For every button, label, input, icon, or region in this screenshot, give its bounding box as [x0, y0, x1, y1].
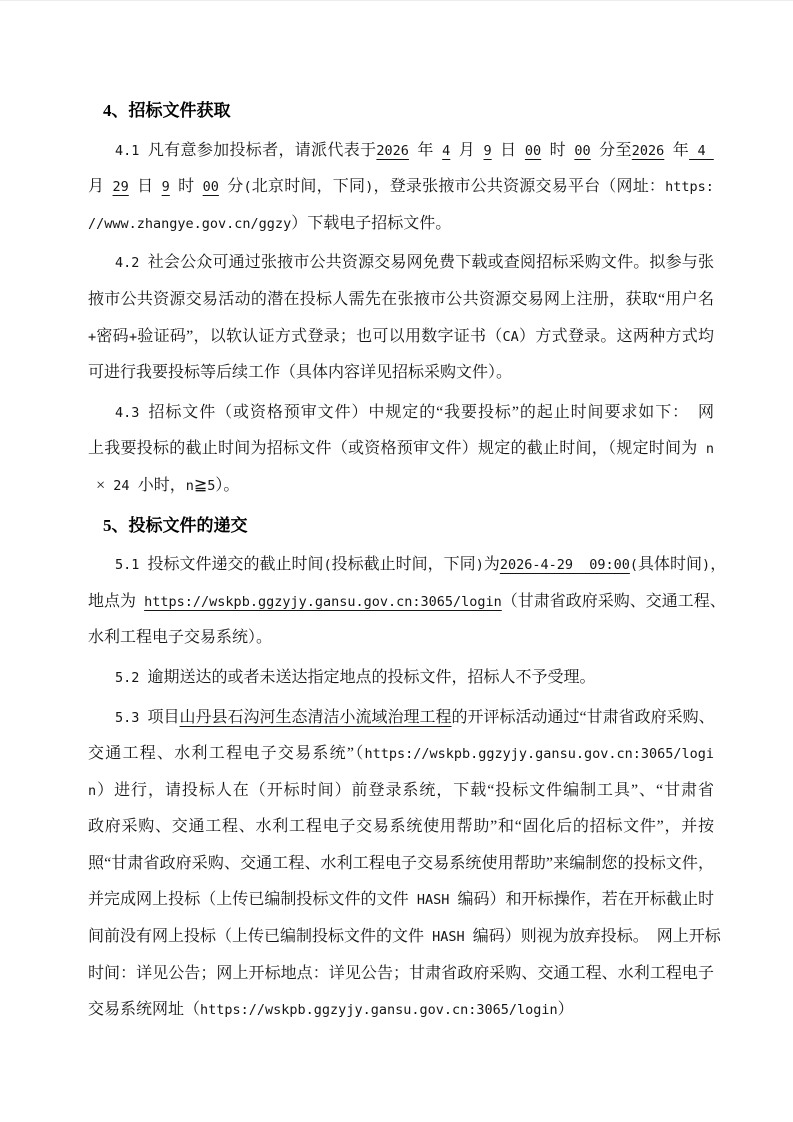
text-run: 的开评标活动通过“甘肃省政府采购、 [452, 709, 715, 726]
text-line: 政府采购、交通工程、水利工程电子交易系统使用帮助”和“固化后的招标文件”，并按 [88, 809, 714, 846]
latin-text: ( [243, 179, 251, 195]
latin-text: https://wskpb.ggzyjy.gansu.gov.cn:3065/l… [200, 1002, 558, 1018]
latin-text: ) [702, 557, 710, 573]
text-run: 5.1 投标文件递交的截止时间(投标截止时间，下同)为 [115, 556, 500, 573]
text-line: 5.3 项目山丹县石沟河生态清洁小流域治理工程的开评标活动通过“甘肃省政府采购、 [88, 700, 714, 737]
latin-text: + [129, 329, 137, 345]
latin-text [541, 143, 549, 159]
text-line: +密码+验证码”，以软认证方式登录；也可以用数字证书（CA）方式登录。这两种方式… [88, 319, 714, 356]
text-line: 掖市公共资源交易活动的潜在投标人需先在张掖市公共资源交易网上注册，获取“用户名 [88, 282, 714, 319]
text-run: 掖市公共资源交易活动的潜在投标人需先在张掖市公共资源交易网上注册，获取“用户名 [88, 291, 714, 308]
latin-text: 4.1 [115, 143, 148, 159]
text-run: 时 [170, 178, 203, 195]
text-run: （甘肃省政府采购、交通工程、 [502, 593, 726, 610]
latin-text: n [697, 441, 714, 457]
text-line: //www.zhangye.gov.cn/ggzy）下载电子招标文件。 [88, 206, 714, 243]
text-run: 地点为 [88, 593, 144, 610]
text-line: 间前没有网上投标（上传已编制投标文件的文件 HASH 编码）则视为放弃投标。 网… [88, 919, 714, 956]
text-run: 并完成网上投标（上传已编制投标文件的文件 HASH 编码）和开标操作，若在开标截… [88, 891, 714, 908]
latin-text: https://wskpb.ggzyjy.gansu.gov.cn:3065/l… [365, 746, 715, 762]
latin-text: 9 [484, 143, 492, 159]
text-run: //www.zhangye.gov.cn/ggzy）下载电子招标文件。 [88, 215, 451, 232]
text-line: 时间：详见公告；网上开标地点：详见公告；甘肃省政府采购、交通工程、水利工程电子 [88, 956, 714, 993]
text-line: 水利工程电子交易系统）。 [88, 620, 714, 657]
latin-text [591, 143, 599, 159]
latin-text: ) [476, 557, 484, 573]
latin-text: 29 [113, 179, 129, 195]
underlined-text: 2026-4-29 09:00 [500, 556, 630, 573]
latin-text: 5.2 [115, 670, 148, 686]
underlined-text: 9 [162, 178, 170, 195]
latin-text [664, 143, 672, 159]
latin-text [409, 143, 417, 159]
latin-text [129, 179, 137, 195]
latin-text [88, 478, 96, 494]
latin-text: 00 [574, 143, 590, 159]
text-run: 年 [409, 142, 442, 159]
text-line: 4.1 凡有意参加投标者，请派代表于2026 年 4 月 9 日 00 时 00… [88, 133, 714, 170]
latin-text: 2026-4-29 09:00 [500, 557, 630, 573]
latin-text: 00 [525, 143, 541, 159]
latin-text: //www.zhangye.gov.cn/ggzy [88, 216, 291, 232]
text-run: 年 [664, 142, 689, 159]
text-run: 月 [450, 142, 483, 159]
latin-text: 2026 [376, 143, 409, 159]
underlined-text: 00 [203, 178, 219, 195]
underlined-text: 2026 [632, 142, 665, 159]
text-run: 照“甘肃省政府采购、交通工程、水利工程电子交易系统使用帮助”来编制您的投标文件， [88, 855, 714, 872]
paragraph: 4.3 招标文件（或资格预审文件）中规定的“我要投标”的起止时间要求如下： 网上… [88, 395, 714, 505]
underlined-text: 29 [113, 178, 129, 195]
text-run: 交易系统网址（https://wskpb.ggzyjy.gansu.gov.cn… [88, 1001, 574, 1018]
text-run: 政府采购、交通工程、水利工程电子交易系统使用帮助”和“固化后的招标文件”，并按 [88, 818, 714, 835]
text-line: 4.3 招标文件（或资格预审文件）中规定的“我要投标”的起止时间要求如下： 网 [88, 395, 714, 432]
text-run: 分(北京时间，下同)，登录张掖市公共资源交易平台（网址：https: [219, 178, 714, 195]
text-line: 并完成网上投标（上传已编制投标文件的文件 HASH 编码）和开标操作，若在开标截… [88, 882, 714, 919]
latin-text: 00 [203, 179, 219, 195]
latin-text: 4.2 [115, 255, 148, 271]
text-run: 4.3 招标文件（或资格预审文件）中规定的“我要投标”的起止时间要求如下： 网 [115, 404, 714, 421]
text-line: 地点为 https://wskpb.ggzyjy.gansu.gov.cn:30… [88, 584, 714, 621]
latin-text: 4 [689, 143, 714, 159]
document-page: { "document": { "blocks": [ { "kind": "h… [0, 0, 793, 1122]
text-run: 上我要投标的截止时间为招标文件（或资格预审文件）规定的截止时间，（规定时间为 n [88, 440, 714, 457]
paragraph: 5.3 项目山丹县石沟河生态清洁小流域治理工程的开评标活动通过“甘肃省政府采购、… [88, 700, 714, 1029]
text-run: 水利工程电子交易系统）。 [88, 629, 272, 646]
underlined-text: 2026 [376, 142, 409, 159]
text-run: 5.3 项目 [115, 709, 180, 726]
paragraph: 5.1 投标文件递交的截止时间(投标截止时间，下同)为2026-4-29 09:… [88, 547, 714, 657]
text-run: 日 [129, 178, 162, 195]
latin-text [434, 143, 442, 159]
text-run: 间前没有网上投标（上传已编制投标文件的文件 HASH 编码）则视为放弃投标。 网… [88, 928, 721, 945]
latin-text: HASH [409, 892, 458, 908]
latin-text: n [186, 478, 194, 494]
latin-text [516, 143, 524, 159]
latin-text: + [88, 329, 96, 345]
text-run: × 24 小时，n≧5）。 [88, 477, 239, 494]
underlined-text: 00 [574, 142, 590, 159]
text-run: 交通工程、水利工程电子交易系统”（https://wskpb.ggzyjy.ga… [88, 745, 714, 762]
section-heading: 4、招标文件获取 [103, 93, 714, 130]
text-line: 月 29 日 9 时 00 分(北京时间，下同)，登录张掖市公共资源交易平台（网… [88, 169, 714, 206]
paragraph: 5.2 逾期送达的或者未送达指定地点的投标文件，招标人不予受理。 [88, 660, 714, 697]
latin-text [104, 179, 112, 195]
latin-text [450, 143, 458, 159]
text-line: 上我要投标的截止时间为招标文件（或资格预审文件）规定的截止时间，（规定时间为 n [88, 431, 714, 468]
text-run: 4.1 凡有意参加投标者，请派代表于 [115, 142, 376, 159]
text-run: +密码+验证码”，以软认证方式登录；也可以用数字证书（CA）方式登录。这两种方式… [88, 328, 714, 345]
latin-text [219, 179, 227, 195]
text-run: 4.2 社会公众可通过张掖市公共资源交易网免费下载或查阅招标采购文件。拟参与张 [115, 254, 714, 271]
section-heading: 5、投标文件的递交 [103, 508, 714, 545]
underlined-text: 4 [689, 142, 714, 159]
text-run: (具体时间)， [630, 556, 726, 573]
text-line: 5.1 投标文件递交的截止时间(投标截止时间，下同)为2026-4-29 09:… [88, 547, 714, 584]
underlined-text: 00 [525, 142, 541, 159]
latin-text: ) [365, 179, 373, 195]
latin-text: CA [503, 329, 519, 345]
latin-text [136, 594, 144, 610]
text-line: n）进行，请投标人在（开标时间）前登录系统，下载“投标文件编制工具”、“甘肃省 [88, 773, 714, 810]
text-run: n）进行，请投标人在（开标时间）前登录系统，下载“投标文件编制工具”、“甘肃省 [88, 782, 714, 799]
text-run: 月 [88, 178, 113, 195]
latin-text [170, 179, 178, 195]
paragraph: 4.1 凡有意参加投标者，请派代表于2026 年 4 月 9 日 00 时 00… [88, 133, 714, 243]
text-line: 交易系统网址（https://wskpb.ggzyjy.gansu.gov.cn… [88, 992, 714, 1029]
latin-text: 9 [162, 179, 170, 195]
latin-text: 2026 [632, 143, 665, 159]
paragraph: 4.2 社会公众可通过张掖市公共资源交易网免费下载或查阅招标采购文件。拟参与张掖… [88, 245, 714, 391]
document-body: 4、招标文件获取4.1 凡有意参加投标者，请派代表于2026 年 4 月 9 日… [88, 93, 714, 1029]
latin-text: https: [665, 179, 714, 195]
text-line: 可进行我要投标等后续工作（具体内容详见招标采购文件）。 [88, 355, 714, 392]
text-run: 时间：详见公告；网上开标地点：详见公告；甘肃省政府采购、交通工程、水利工程电子 [88, 965, 714, 982]
text-run: 日 [492, 142, 525, 159]
text-line: 4.2 社会公众可通过张掖市公共资源交易网免费下载或查阅招标采购文件。拟参与张 [88, 245, 714, 282]
latin-text: https://wskpb.ggzyjy.gansu.gov.cn:3065/l… [144, 594, 502, 610]
text-line: 照“甘肃省政府采购、交通工程、水利工程电子交易系统使用帮助”来编制您的投标文件， [88, 846, 714, 883]
latin-text: ( [630, 557, 638, 573]
latin-text [475, 143, 483, 159]
latin-text: 5.1 [115, 557, 148, 573]
latin-text [153, 179, 161, 195]
text-line: 交通工程、水利工程电子交易系统”（https://wskpb.ggzyjy.ga… [88, 736, 714, 773]
underlined-text: 山丹县石沟河生态清洁小流域治理工程 [180, 709, 452, 726]
text-line: 5.2 逾期送达的或者未送达指定地点的投标文件，招标人不予受理。 [88, 660, 714, 697]
text-run: 时 [541, 142, 574, 159]
underlined-text: 9 [484, 142, 492, 159]
latin-text: 5.3 [115, 710, 148, 726]
latin-text [194, 179, 202, 195]
text-run: 可进行我要投标等后续工作（具体内容详见招标采购文件）。 [88, 364, 512, 381]
latin-text: HASH [424, 929, 473, 945]
latin-text: 5 [207, 478, 215, 494]
text-run: 分至 [591, 142, 632, 159]
latin-text: n [88, 783, 96, 799]
latin-text: 24 [105, 478, 138, 494]
underlined-text: https://wskpb.ggzyjy.gansu.gov.cn:3065/l… [144, 593, 502, 610]
text-run: 5.2 逾期送达的或者未送达指定地点的投标文件，招标人不予受理。 [115, 669, 596, 686]
latin-text: ( [324, 557, 332, 573]
text-line: × 24 小时，n≧5）。 [88, 468, 714, 505]
latin-text: 4.3 [115, 405, 148, 421]
latin-text [492, 143, 500, 159]
